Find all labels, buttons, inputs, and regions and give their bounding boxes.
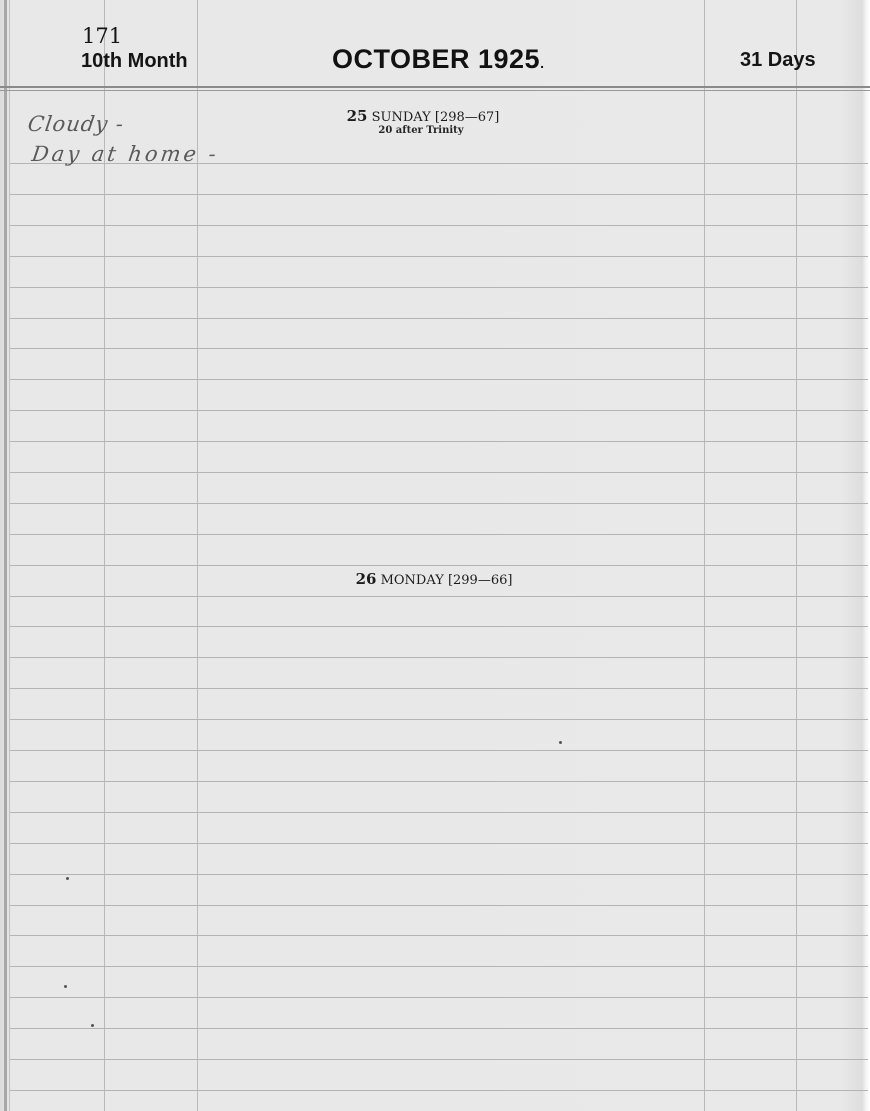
ruled-line	[10, 812, 868, 813]
ruled-line	[10, 905, 868, 906]
day-heading-monday: 26 MONDAY [299—66]	[0, 570, 869, 588]
ink-speck	[66, 877, 69, 880]
handwritten-note-line: Day at home -	[30, 142, 220, 166]
day-heading-sunday: 25 SUNDAY [298—67]	[0, 107, 858, 125]
column-rule	[104, 0, 105, 1111]
column-rule	[704, 0, 705, 1111]
ruled-line	[10, 719, 868, 720]
ruled-line	[10, 441, 868, 442]
ruled-line	[10, 843, 868, 844]
month-title-text: OCTOBER 1925	[332, 44, 540, 74]
ink-speck	[64, 985, 67, 988]
ruled-line	[10, 1028, 868, 1029]
ruled-line	[10, 688, 868, 689]
diary-page: 171 10th Month OCTOBER 1925. 31 Days 25 …	[0, 0, 870, 1111]
ruled-line	[10, 503, 868, 504]
day-number: 25	[347, 107, 368, 125]
day-number: 26	[356, 570, 377, 588]
ruled-line	[10, 626, 868, 627]
ruled-line	[10, 348, 868, 349]
title-period-mark: .	[540, 55, 544, 71]
binding-edge	[4, 0, 7, 1111]
ruled-line	[10, 966, 868, 967]
ruled-line	[10, 997, 868, 998]
ink-speck	[559, 741, 562, 744]
ruled-line	[10, 750, 868, 751]
days-count: 31 Days	[740, 49, 816, 72]
day-counts: [298—67]	[435, 110, 500, 125]
column-rule	[197, 0, 198, 1111]
ruled-line	[10, 1090, 868, 1091]
ruled-line	[10, 410, 868, 411]
header-rule-secondary	[0, 90, 870, 91]
ruled-line	[10, 1059, 868, 1060]
ruled-line	[10, 596, 868, 597]
ruled-line	[10, 874, 868, 875]
column-rule	[796, 0, 797, 1111]
day-name: SUNDAY	[372, 110, 431, 125]
ruled-line	[10, 534, 868, 535]
handwritten-note-line: Cloudy -	[26, 112, 125, 136]
ink-speck	[91, 1024, 94, 1027]
day-counts: [299—66]	[448, 573, 513, 588]
day-name: MONDAY	[381, 573, 444, 588]
page-number: 171	[82, 24, 122, 48]
ruled-line	[10, 565, 868, 566]
ruled-line	[10, 472, 868, 473]
ruled-line	[10, 379, 868, 380]
ruled-line	[10, 781, 868, 782]
ruled-line	[10, 225, 868, 226]
month-ordinal: 10th Month	[81, 50, 188, 73]
ruled-line	[10, 657, 868, 658]
ruled-line	[10, 256, 868, 257]
ruled-line	[10, 318, 868, 319]
ruled-line	[10, 194, 868, 195]
ruled-line	[10, 287, 868, 288]
day-subtitle: 20 after Trinity	[0, 125, 856, 136]
ruled-line	[10, 935, 868, 936]
month-title: OCTOBER 1925.	[332, 44, 544, 75]
header-rule	[0, 86, 870, 88]
binding-edge-inner	[9, 0, 10, 1111]
